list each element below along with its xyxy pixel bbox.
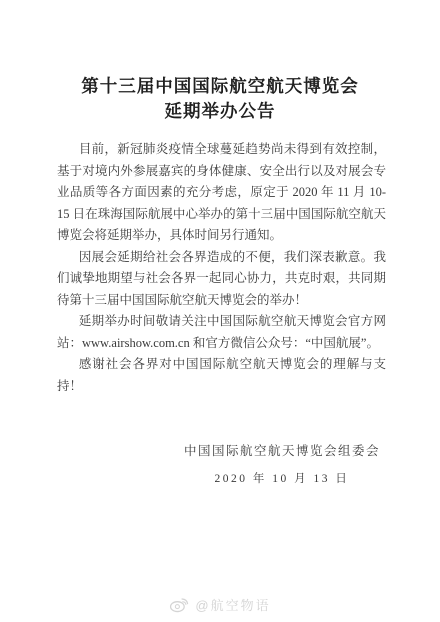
signature-date: 2020 年 10 月 13 日 (184, 470, 380, 486)
signature-area: 中国国际航空航天博览会组委会 2020 年 10 月 13 日 (0, 441, 440, 487)
signature-block: 中国国际航空航天博览会组委会 2020 年 10 月 13 日 (184, 441, 380, 486)
watermark: @航空物语 (0, 595, 440, 614)
paragraph-3: 延期举办时间敬请关注中国国际航空航天博览会官方网站：www.airshow.co… (57, 311, 386, 354)
paragraph-4: 感谢社会各界对中国国际航空航天博览会的理解与支持！ (57, 354, 386, 397)
announcement-page: 第十三届中国国际航空航天博览会 延期举办公告 目前，新冠肺炎疫情全球蔓延趋势尚未… (0, 0, 440, 622)
title-line-2: 延期举办公告 (0, 99, 440, 124)
title-line-1: 第十三届中国国际航空航天博览会 (0, 74, 440, 99)
signature-org: 中国国际航空航天博览会组委会 (184, 441, 380, 459)
page-title: 第十三届中国国际航空航天博览会 延期举办公告 (0, 0, 440, 124)
watermark-text: @航空物语 (195, 595, 270, 614)
announcement-body: 目前，新冠肺炎疫情全球蔓延趋势尚未得到有效控制，基于对境内外参展嘉宾的身体健康、… (57, 139, 386, 397)
paragraph-2: 因展会延期给社会各界造成的不便，我们深表歉意。我们诚挚地期望与社会各界一起同心协… (57, 247, 386, 312)
paragraph-1: 目前，新冠肺炎疫情全球蔓延趋势尚未得到有效控制，基于对境内外参展嘉宾的身体健康、… (57, 139, 386, 247)
weibo-icon (169, 596, 190, 613)
